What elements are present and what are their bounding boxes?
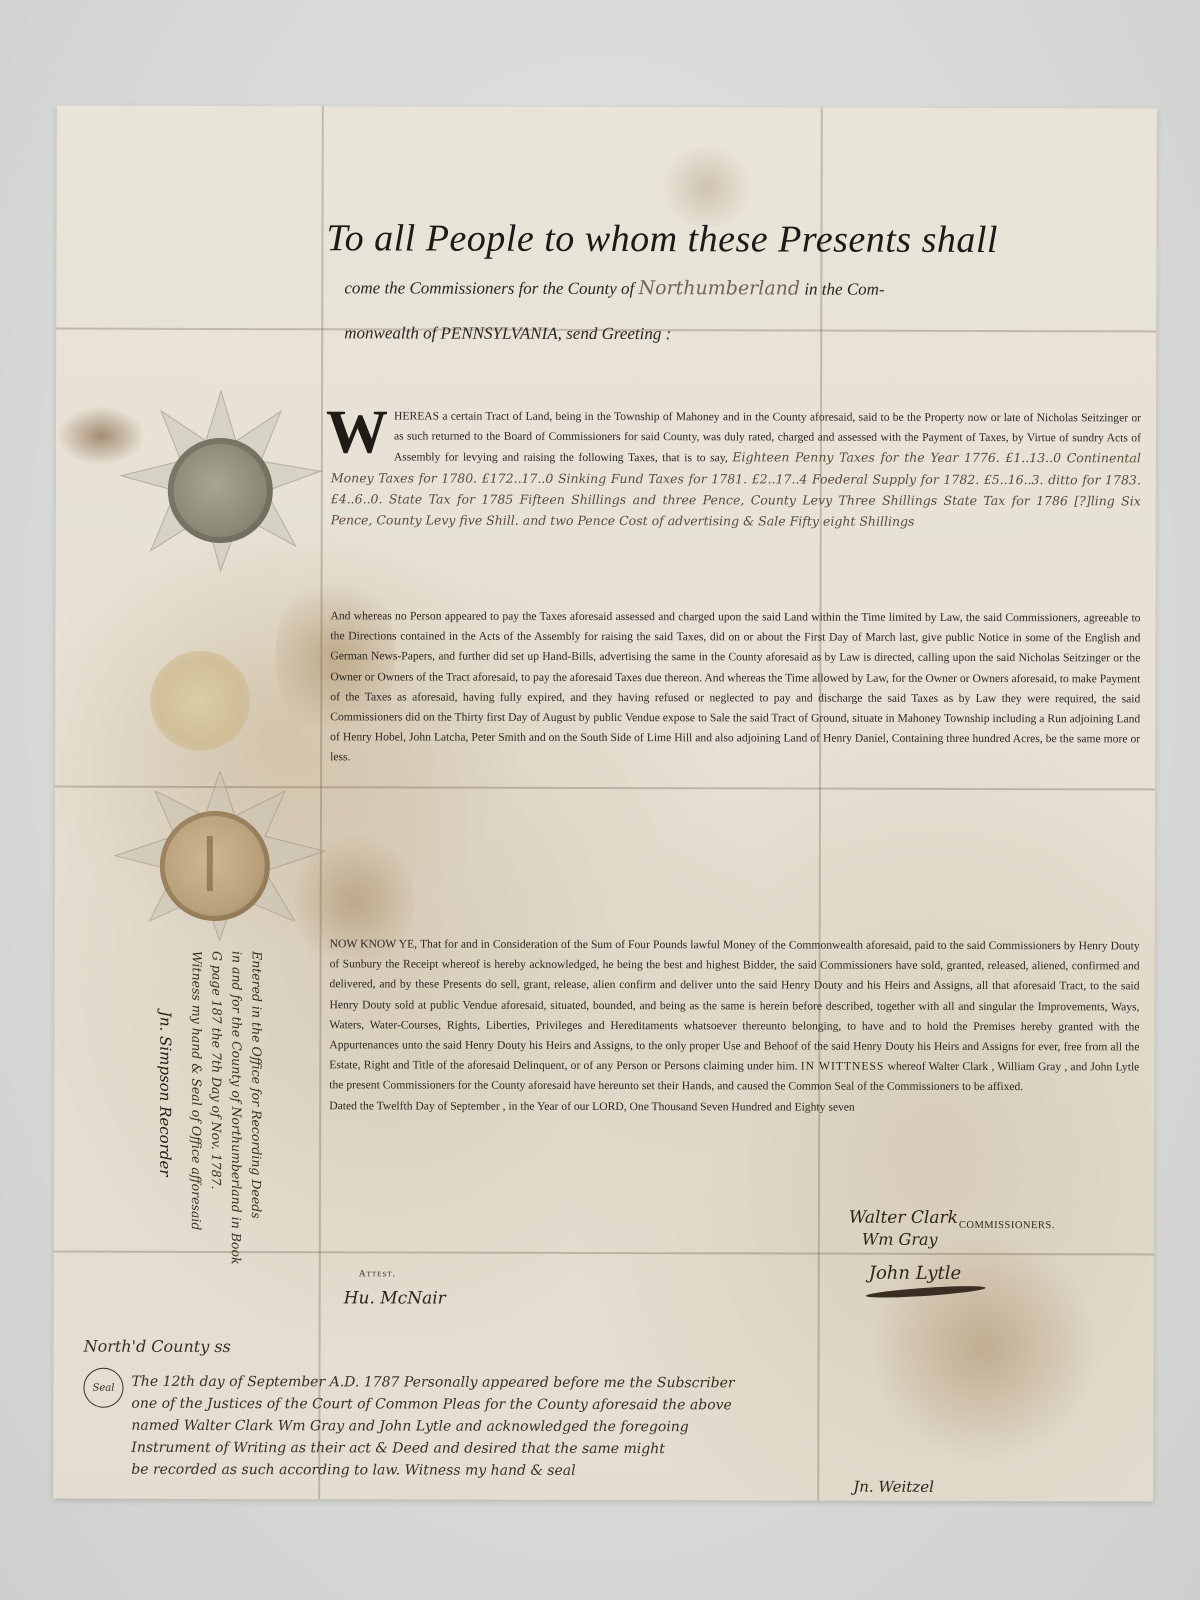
seal-emblem-icon [207, 836, 213, 891]
recording-note-line: Entered in the Office for Recording Deed… [249, 951, 265, 1219]
greeting-suffix: in the Com- [804, 280, 884, 299]
drop-cap: W [326, 406, 388, 458]
acknowledgment-line: one of the Justices of the Court of Comm… [131, 1393, 991, 1417]
commissioners-seal-top [168, 438, 273, 543]
acknowledgment-line: named Walter Clark Wm Gray and John Lytl… [131, 1415, 991, 1439]
notice-paragraph: And whereas no Person appeared to pay th… [330, 606, 1140, 770]
signature-attest: Hu. McNair [344, 1288, 446, 1308]
county-seal-bottom [160, 811, 270, 921]
acknowledgment-heading: North'd County ss [84, 1336, 984, 1360]
signature-john-lytle: John Lytle [869, 1263, 961, 1284]
whereas-paragraph: W HEREAS a certain Tract of Land, being … [331, 406, 1141, 533]
seal-mark: Seal [83, 1368, 123, 1408]
document-headline: To all People to whom these Presents sha… [326, 216, 1156, 262]
recording-note-line: Witness my hand & Seal of Office affores… [189, 951, 205, 1231]
recording-note-line: in and for the County of Northumberland … [229, 951, 245, 1265]
stain [657, 147, 757, 227]
recording-note-line: G page 187 the 7th Day of Nov. 1787. [209, 951, 225, 1190]
conveyance-text: That for and in Consideration of the Sum… [329, 938, 1139, 1073]
witness-lead: IN WITTNESS [801, 1060, 885, 1073]
recording-note: Entered in the Office for Recording Deed… [74, 951, 325, 1232]
attest-label: Attest. [359, 1269, 396, 1279]
greeting-prefix: come the Commissioners for the County of [344, 278, 634, 298]
fold-line [817, 108, 823, 1501]
county-name: Northumberland [638, 277, 800, 299]
greeting-line-1: come the Commissioners for the County of… [344, 276, 884, 299]
deed-document: To all People to whom these Presents sha… [53, 106, 1157, 1502]
acknowledgment-line: The 12th day of September A.D. 1787 Pers… [131, 1371, 991, 1395]
greeting-line-2: monwealth of PENNSYLVANIA, send Greeting… [344, 323, 671, 344]
justice-signature: Jn. Weitzel [853, 1478, 934, 1496]
recorder-signature: Jn. Simpson Recorder [156, 1011, 174, 1177]
commissioners-label: COMMISSIONERS. [959, 1220, 1055, 1231]
signature-william-gray: Wm Gray [862, 1230, 938, 1249]
acknowledgment-line: Instrument of Writing as their act & Dee… [131, 1437, 991, 1461]
wax-seal-middle [150, 651, 250, 751]
conveyance-paragraph: NOW KNOW YE, That for and in Considerati… [329, 934, 1139, 1118]
signature-walter-clark: Walter Clark [849, 1208, 958, 1228]
now-know-ye-lead: NOW KNOW YE, [330, 937, 417, 950]
acknowledgment-text: The 12th day of September A.D. 1787 Pers… [131, 1371, 991, 1483]
dated-line: Dated the Twelfth Day of September , in … [329, 1099, 855, 1113]
